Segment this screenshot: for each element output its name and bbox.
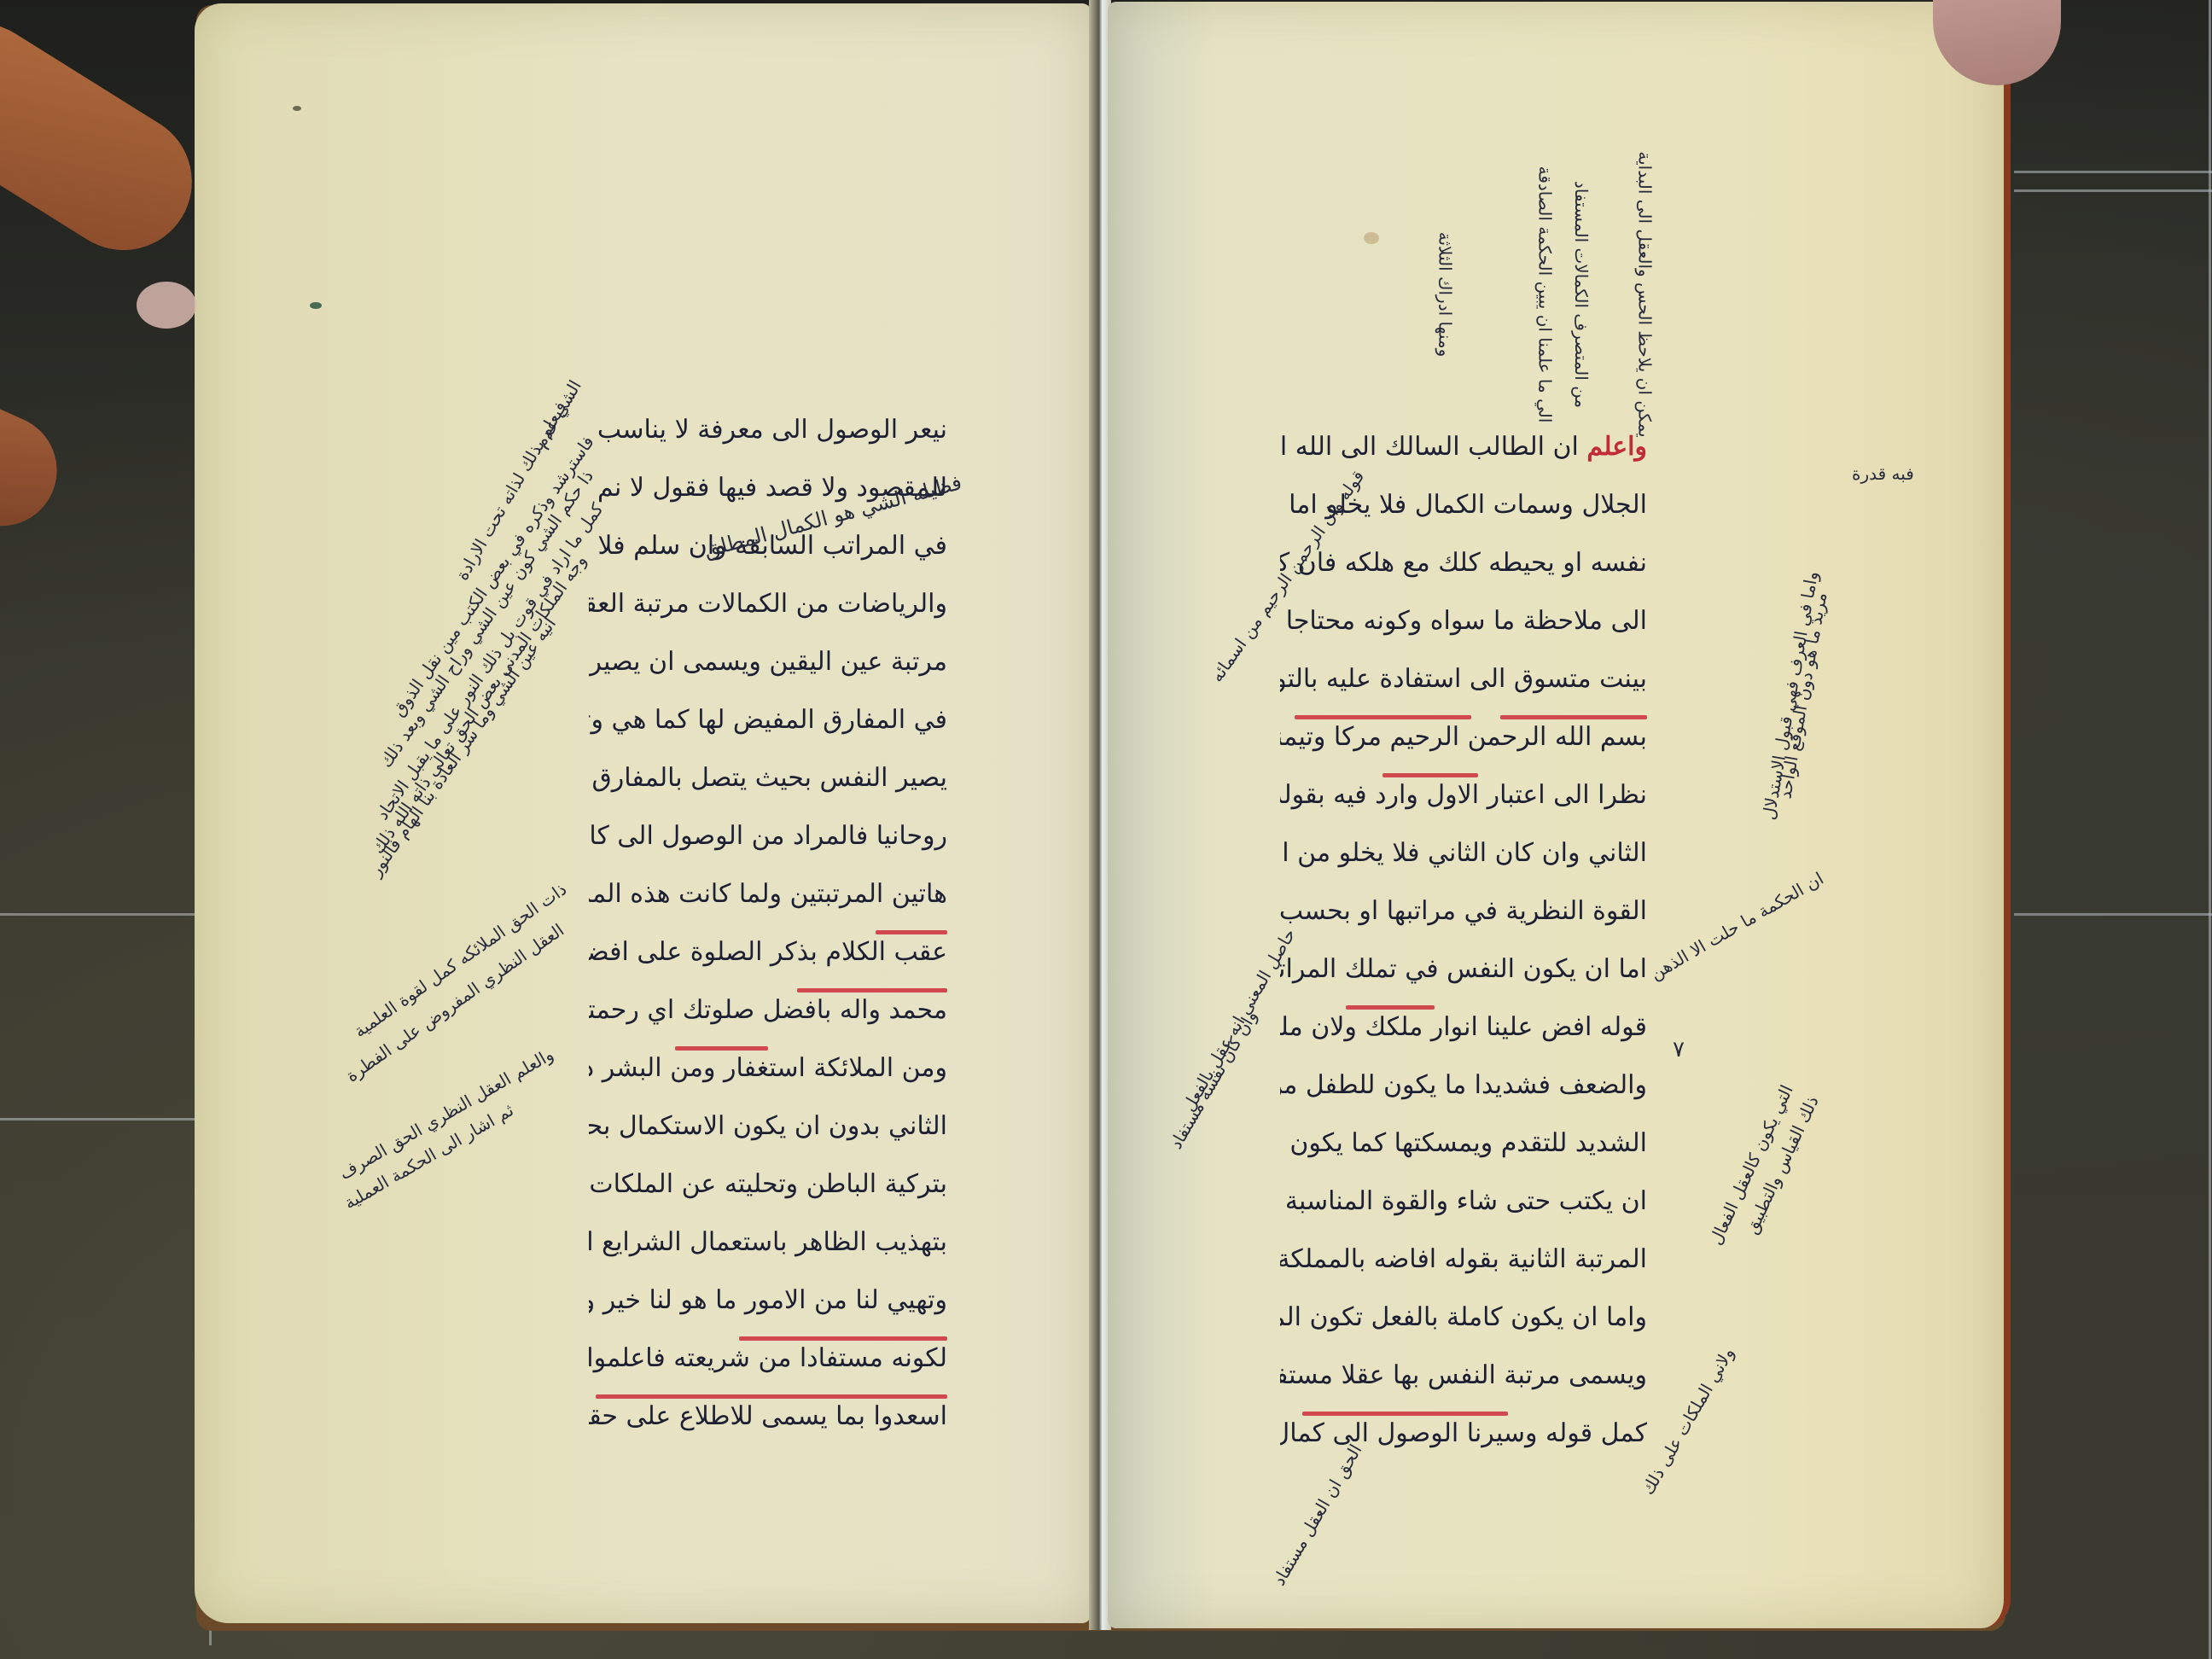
manuscript-line: بتهذيب الظاهر باستعمال الشرايع الحقة وال… bbox=[589, 1214, 947, 1272]
left-main-text-block: نيعر الوصول الى معرفة لا يناسب ذه المرتب… bbox=[589, 401, 947, 1446]
manuscript-line: ومن الملائكة استغفار ومن البشر دعاء واعظ… bbox=[589, 1039, 947, 1097]
margin-note: الي ما علمنا ان يبين الحكمة الصادقة bbox=[1532, 166, 1557, 423]
manuscript-line: والضعف فشديدا ما يكون للطفل من قوة الكتا… bbox=[1280, 1057, 1647, 1115]
red-overline bbox=[739, 1336, 947, 1341]
paper-stain bbox=[1364, 232, 1379, 244]
margin-note: يمكن ان يلاحظ الحس والعقل الى البداية bbox=[1633, 151, 1658, 437]
manuscript-line: الثاني وان كان الثاني فلا يخلو من ان يكو… bbox=[1280, 824, 1647, 882]
manuscript-line: في المفارق المفيض لها كما هي وثانيها مرت… bbox=[589, 691, 947, 749]
mat-grid-line bbox=[2209, 0, 2211, 1659]
paper-speck bbox=[310, 302, 322, 309]
mat-grid-line bbox=[2014, 913, 2212, 916]
red-overline bbox=[1346, 1005, 1434, 1010]
margin-note: فبه قدرة bbox=[1852, 461, 1914, 486]
right-main-text-block: واعلم ان الطالب السالك الى الله اولا خطه… bbox=[1280, 418, 1647, 1463]
paper-speck bbox=[293, 106, 301, 111]
margin-note: ومنها ادراك الثلاثة bbox=[1432, 232, 1458, 358]
manuscript-line: روحانيا فالمراد من الوصول الى كال المعرف… bbox=[589, 807, 947, 865]
manuscript-line: الشديد للتقدم ويمسكتها كما يكون قادرا عل… bbox=[1280, 1115, 1647, 1173]
manuscript-line: هاتين المرتبتين ولما كانت هذه المرتبة مر… bbox=[589, 865, 947, 923]
mat-grid-line bbox=[0, 913, 196, 916]
red-overline bbox=[797, 988, 947, 992]
manuscript-line: نيعر الوصول الى معرفة لا يناسب ذه المرتب… bbox=[589, 401, 947, 459]
red-overline bbox=[1382, 773, 1478, 777]
mat-grid-line bbox=[2014, 189, 2212, 192]
manuscript-line: المرتبة الثانية بقوله افاضه بالمملكة ولم… bbox=[1280, 1231, 1647, 1289]
red-overline bbox=[675, 1046, 768, 1051]
red-overline bbox=[876, 930, 947, 934]
red-overline bbox=[1500, 715, 1647, 719]
margin-note: من المتصرف الكمالات المستفاد bbox=[1569, 181, 1594, 408]
red-overline bbox=[1302, 1412, 1508, 1416]
manuscript-line: الى ملاحظة ما سواه وكونه محتاجا او يعتبر… bbox=[1280, 592, 1647, 650]
manuscript-line: ان يكتب حتى شاء والقوة المناسبة لهذه الم… bbox=[1280, 1173, 1647, 1231]
mat-grid-line bbox=[0, 1118, 196, 1121]
manuscript-line: والرياضات من الكمالات مرتبة العقل المستف… bbox=[589, 575, 947, 633]
manuscript-line: مرتبة عين اليقين ويسمى ان يصير النفس بحي… bbox=[589, 633, 947, 691]
margin-note: ٧ bbox=[1673, 1037, 1685, 1062]
manuscript-line: بتركية الباطن وتحليته عن الملكات الردية … bbox=[589, 1155, 947, 1214]
manuscript-line: الثاني بدون ان يكون الاستكمال بحسب القوة… bbox=[589, 1097, 947, 1155]
manuscript-line: قوله افض علينا انوار ملكك ولان ملك القوة… bbox=[1280, 998, 1647, 1057]
manuscript-line: اما ان يكون النفس في تملك المراتب كاملة … bbox=[1280, 940, 1647, 998]
manuscript-line: واعلم ان الطالب السالك الى الله اولا خطه… bbox=[1280, 418, 1647, 476]
manuscript-line: وتهيي لنا من الامور ما هو لنا خير وانما … bbox=[589, 1272, 947, 1330]
manuscript-line: نفسه او يحيطه كلك مع هلكه فان كان الاول … bbox=[1280, 534, 1647, 592]
manuscript-line: واما ان يكون كاملة بالفعل تكون المعقولات… bbox=[1280, 1289, 1647, 1347]
mat-grid-line bbox=[2014, 171, 2212, 173]
red-overline bbox=[596, 1394, 947, 1399]
red-overline bbox=[1295, 715, 1470, 719]
manuscript-line: بينت متسوق الى استفادة عليه بالتوجيه وال… bbox=[1280, 650, 1647, 708]
manuscript-line: يصير النفس بحيث يتصل بالمفارق اتصالا عقل… bbox=[589, 749, 947, 807]
manuscript-line: ويسمى مرتبة النفس بها عقلا مستفادا وهي ن… bbox=[1280, 1347, 1647, 1405]
manuscript-line: القوة النظرية في مراتبها او بحسب القوة ا… bbox=[1280, 882, 1647, 940]
fingernail bbox=[137, 282, 196, 329]
